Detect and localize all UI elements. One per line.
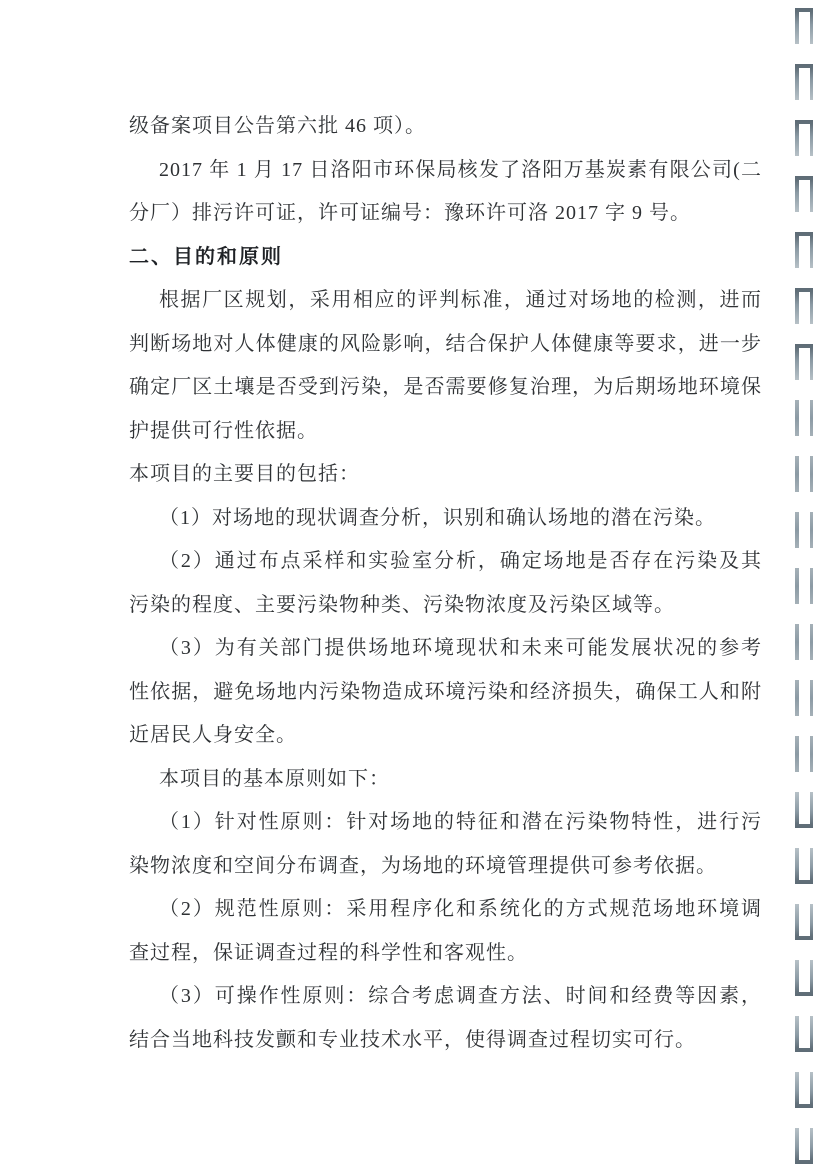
binding-ring — [795, 8, 813, 44]
doc-line: 根据厂区规划，采用相应的评判标准，通过对场地的检测，进而 — [129, 279, 762, 323]
doc-line: 性依据，避免场地内污染物造成环境污染和经济损失，确保工人和附 — [129, 671, 762, 715]
doc-line: 查过程，保证调查过程的科学性和客观性。 — [129, 932, 762, 976]
doc-line: 染物浓度和空间分布调查，为场地的环境管理提供可参考依据。 — [129, 845, 762, 889]
binding-ring — [795, 848, 813, 884]
doc-line: 污染的程度、主要污染物种类、污染物浓度及污染区域等。 — [129, 584, 762, 628]
binding-ring — [795, 176, 813, 212]
doc-line: （2）规范性原则：采用程序化和系统化的方式规范场地环境调 — [129, 888, 762, 932]
doc-line: 确定厂区土壤是否受到污染，是否需要修复治理，为后期场地环境保 — [129, 366, 762, 410]
comb-binding-strip — [770, 0, 825, 1166]
binding-ring — [795, 400, 813, 436]
binding-ring — [795, 568, 813, 604]
binding-ring — [795, 1072, 813, 1108]
doc-line: 结合当地科技发颤和专业技术水平，使得调查过程切实可行。 — [129, 1019, 762, 1063]
binding-ring — [795, 64, 813, 100]
binding-ring — [795, 120, 813, 156]
doc-line: 本项目的主要目的包括： — [129, 453, 762, 497]
doc-line: （3）可操作性原则：综合考虑调查方法、时间和经费等因素， — [129, 975, 762, 1019]
doc-line: （3）为有关部门提供场地环境现状和未来可能发展状况的参考 — [129, 627, 762, 671]
binding-ring — [795, 1128, 813, 1164]
doc-line: 判断场地对人体健康的风险影响，结合保护人体健康等要求，进一步 — [129, 323, 762, 367]
binding-ring — [795, 456, 813, 492]
scanned-document-page: 级备案项目公告第六批 46 项）。 2017 年 1 月 17 日洛阳市环保局核… — [0, 0, 825, 1166]
binding-ring — [795, 792, 813, 828]
binding-ring — [795, 960, 813, 996]
binding-ring — [795, 288, 813, 324]
doc-line: （1）对场地的现状调查分析，识别和确认场地的潜在污染。 — [129, 497, 762, 541]
binding-ring — [795, 904, 813, 940]
document-text-block: 级备案项目公告第六批 46 项）。 2017 年 1 月 17 日洛阳市环保局核… — [129, 105, 762, 1062]
doc-line: （1）针对性原则：针对场地的特征和潜在污染物特性，进行污 — [129, 801, 762, 845]
binding-ring — [795, 736, 813, 772]
doc-line: 近居民人身安全。 — [129, 714, 762, 758]
binding-ring — [795, 1016, 813, 1052]
doc-line: 级备案项目公告第六批 46 项）。 — [129, 105, 762, 149]
doc-line: 本项目的基本原则如下： — [129, 758, 762, 802]
doc-line: （2）通过布点采样和实验室分析，确定场地是否存在污染及其 — [129, 540, 762, 584]
doc-line: 护提供可行性依据。 — [129, 410, 762, 454]
doc-line: 2017 年 1 月 17 日洛阳市环保局核发了洛阳万基炭素有限公司(二 — [129, 149, 762, 193]
section-heading: 二、目的和原则 — [129, 236, 762, 280]
binding-ring — [795, 344, 813, 380]
doc-line: 分厂）排污许可证，许可证编号：豫环许可洛 2017 字 9 号。 — [129, 192, 762, 236]
binding-ring — [795, 232, 813, 268]
binding-ring — [795, 624, 813, 660]
binding-ring — [795, 680, 813, 716]
binding-ring — [795, 512, 813, 548]
